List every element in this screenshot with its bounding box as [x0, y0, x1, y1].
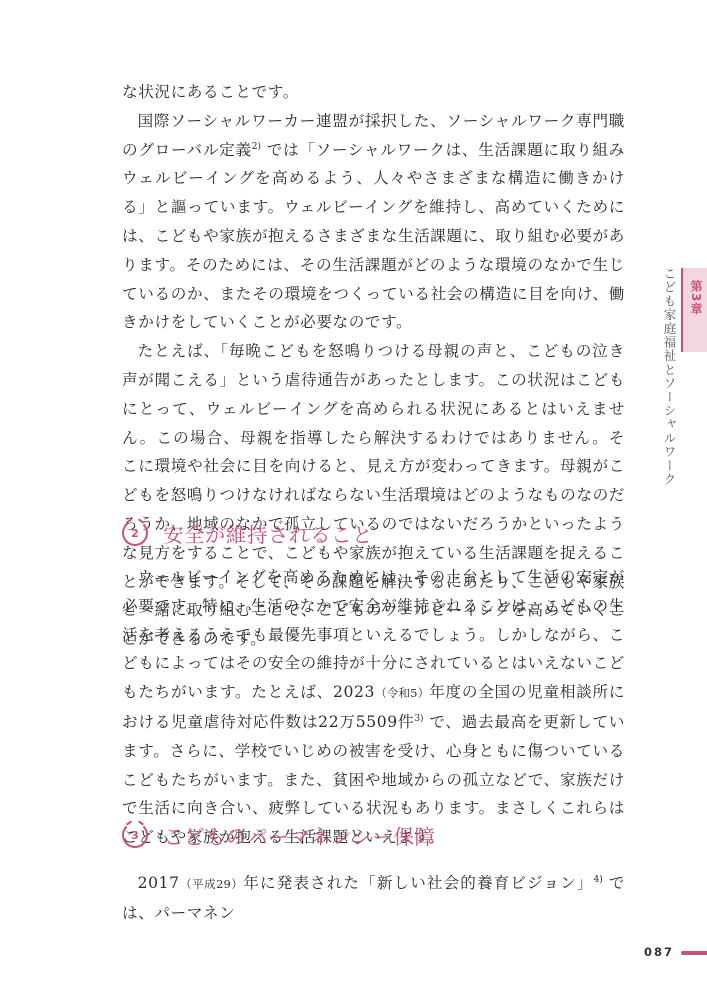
chapter-tab[interactable]: 第3章 [681, 268, 707, 352]
page-number: 087 [644, 945, 674, 959]
page-number-accent-bar [681, 951, 707, 955]
paragraph-text: 2017 [138, 874, 180, 892]
paragraph: な状況にあることです。 [122, 78, 625, 107]
chapter-label: 第3章 [688, 280, 705, 315]
section-heading-3: 3 こどものパーマネンシー保障 [122, 821, 436, 849]
era-note: （平成29） [180, 877, 244, 891]
paragraph: 国際ソーシャルワーカー連盟が採択した、ソーシャルワーク専門職のグローバル定義2)… [122, 107, 625, 337]
section-number-badge: 3 [122, 822, 148, 848]
section-number-badge: 2 [122, 520, 148, 546]
era-note: （令和5） [375, 686, 429, 700]
footnote-ref[interactable]: 2) [252, 142, 261, 152]
section-title: 安全が維持されること [163, 518, 373, 548]
paragraph: ウェルビーイングを高めるためには、その土台として生活の安定が必要です。特に、生活… [122, 563, 625, 852]
paragraph-text: ウェルビーイングを高めるためには、その土台として生活の安定が必要です。特に、生活… [122, 568, 625, 701]
footnote-ref[interactable]: 3) [414, 714, 423, 724]
document-page: な状況にあることです。 国際ソーシャルワーカー連盟が採択した、ソーシャルワーク専… [0, 0, 707, 1000]
chapter-title-vertical: こども家庭福祉とソーシャルワーク [664, 267, 678, 486]
footnote-ref[interactable]: 4) [593, 875, 602, 885]
section-3-body: 2017（平成29）年に発表された「新しい社会的養育ビジョン」4) では、パーマ… [122, 869, 625, 928]
section-heading-2: 2 安全が維持されること [122, 519, 373, 547]
paragraph-text: 年に発表された「新しい社会的養育ビジョン」 [243, 874, 593, 892]
section-title: こどものパーマネンシー保障 [163, 820, 436, 850]
section-2-body: ウェルビーイングを高めるためには、その土台として生活の安定が必要です。特に、生活… [122, 563, 625, 852]
paragraph: 2017（平成29）年に発表された「新しい社会的養育ビジョン」4) では、パーマ… [122, 869, 625, 928]
paragraph-text: では「ソーシャルワークは、生活課題に取り組みウェルビーイングを高めるよう、人々や… [122, 141, 625, 332]
